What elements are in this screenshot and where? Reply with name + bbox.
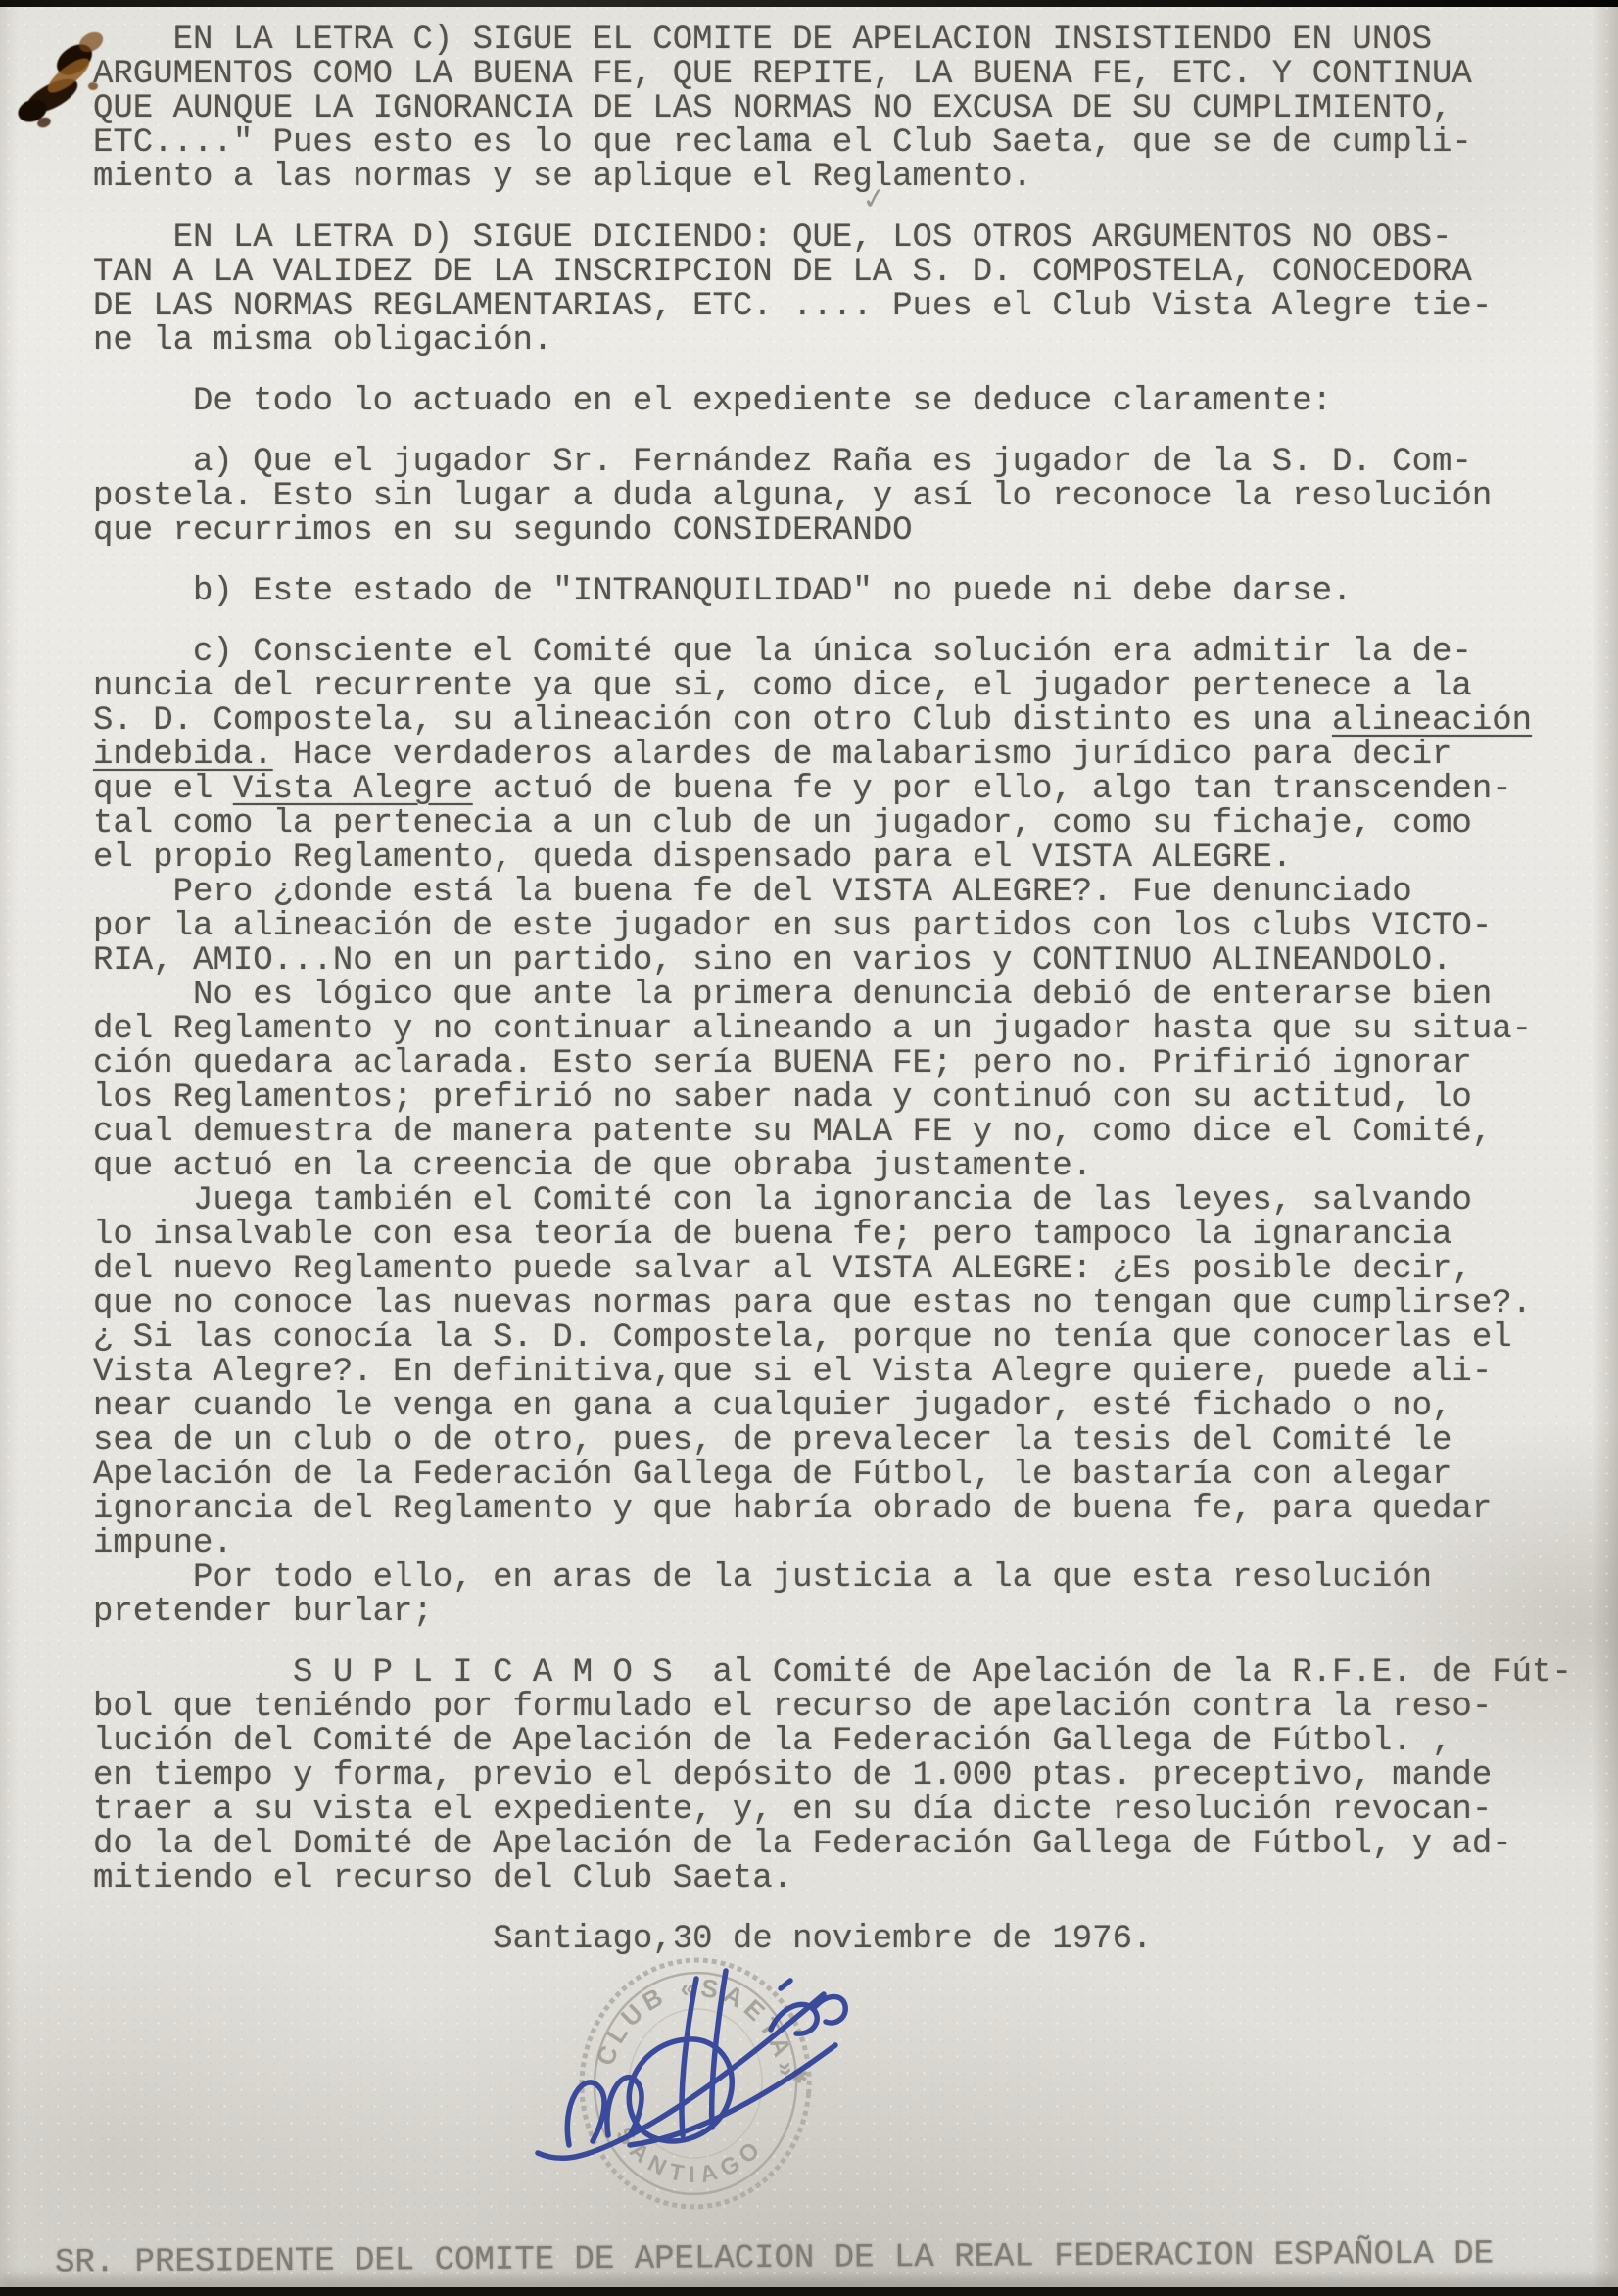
footer-addressee-line: SR. PRESIDENTE DEL COMITE DE APELACION D… [55,2237,1494,2281]
paragraph-no-es-logico: No es lógico que ante la primera denunci… [93,979,1592,1184]
paragraph-letra-d: EN LA LETRA D) SIGUE DICIENDO: QUE, LOS … [93,221,1592,359]
document-body: EN LA LETRA C) SIGUE EL COMITE DE APELAC… [93,24,1592,1957]
paragraph-buena-fe: Pero ¿donde está la buena fe del VISTA A… [93,876,1592,979]
underlined-alineacion: alineación [1332,702,1532,740]
paragraph-suplicamos: S U P L I C A M O S al Comité de Apelaci… [93,1656,1592,1896]
item-b: b) Este estado de "INTRANQUILIDAD" no pu… [93,575,1592,609]
paragraph-por-todo: Por todo ello, en aras de la justicia a … [93,1561,1592,1630]
item-c-lead: c) Consciente el Comité que la única sol… [93,634,1472,740]
item-c: c) Consciente el Comité que la única sol… [93,636,1592,876]
scan-edge-bottom [0,2287,1618,2296]
underlined-vista-alegre: Vista Alegre [233,771,473,808]
item-a: a) Que el jugador Sr. Fernández Raña es … [93,446,1592,549]
handwritten-signature [524,1949,857,2179]
paragraph-deduce: De todo lo actuado en el expediente se d… [93,385,1592,419]
paragraph-juega: Juega también el Comité con la ignoranci… [93,1184,1592,1561]
paragraph-letra-c: EN LA LETRA C) SIGUE EL COMITE DE APELAC… [93,24,1592,195]
underlined-indebida: indebida. [93,737,273,774]
scan-edge-top [0,0,1618,7]
